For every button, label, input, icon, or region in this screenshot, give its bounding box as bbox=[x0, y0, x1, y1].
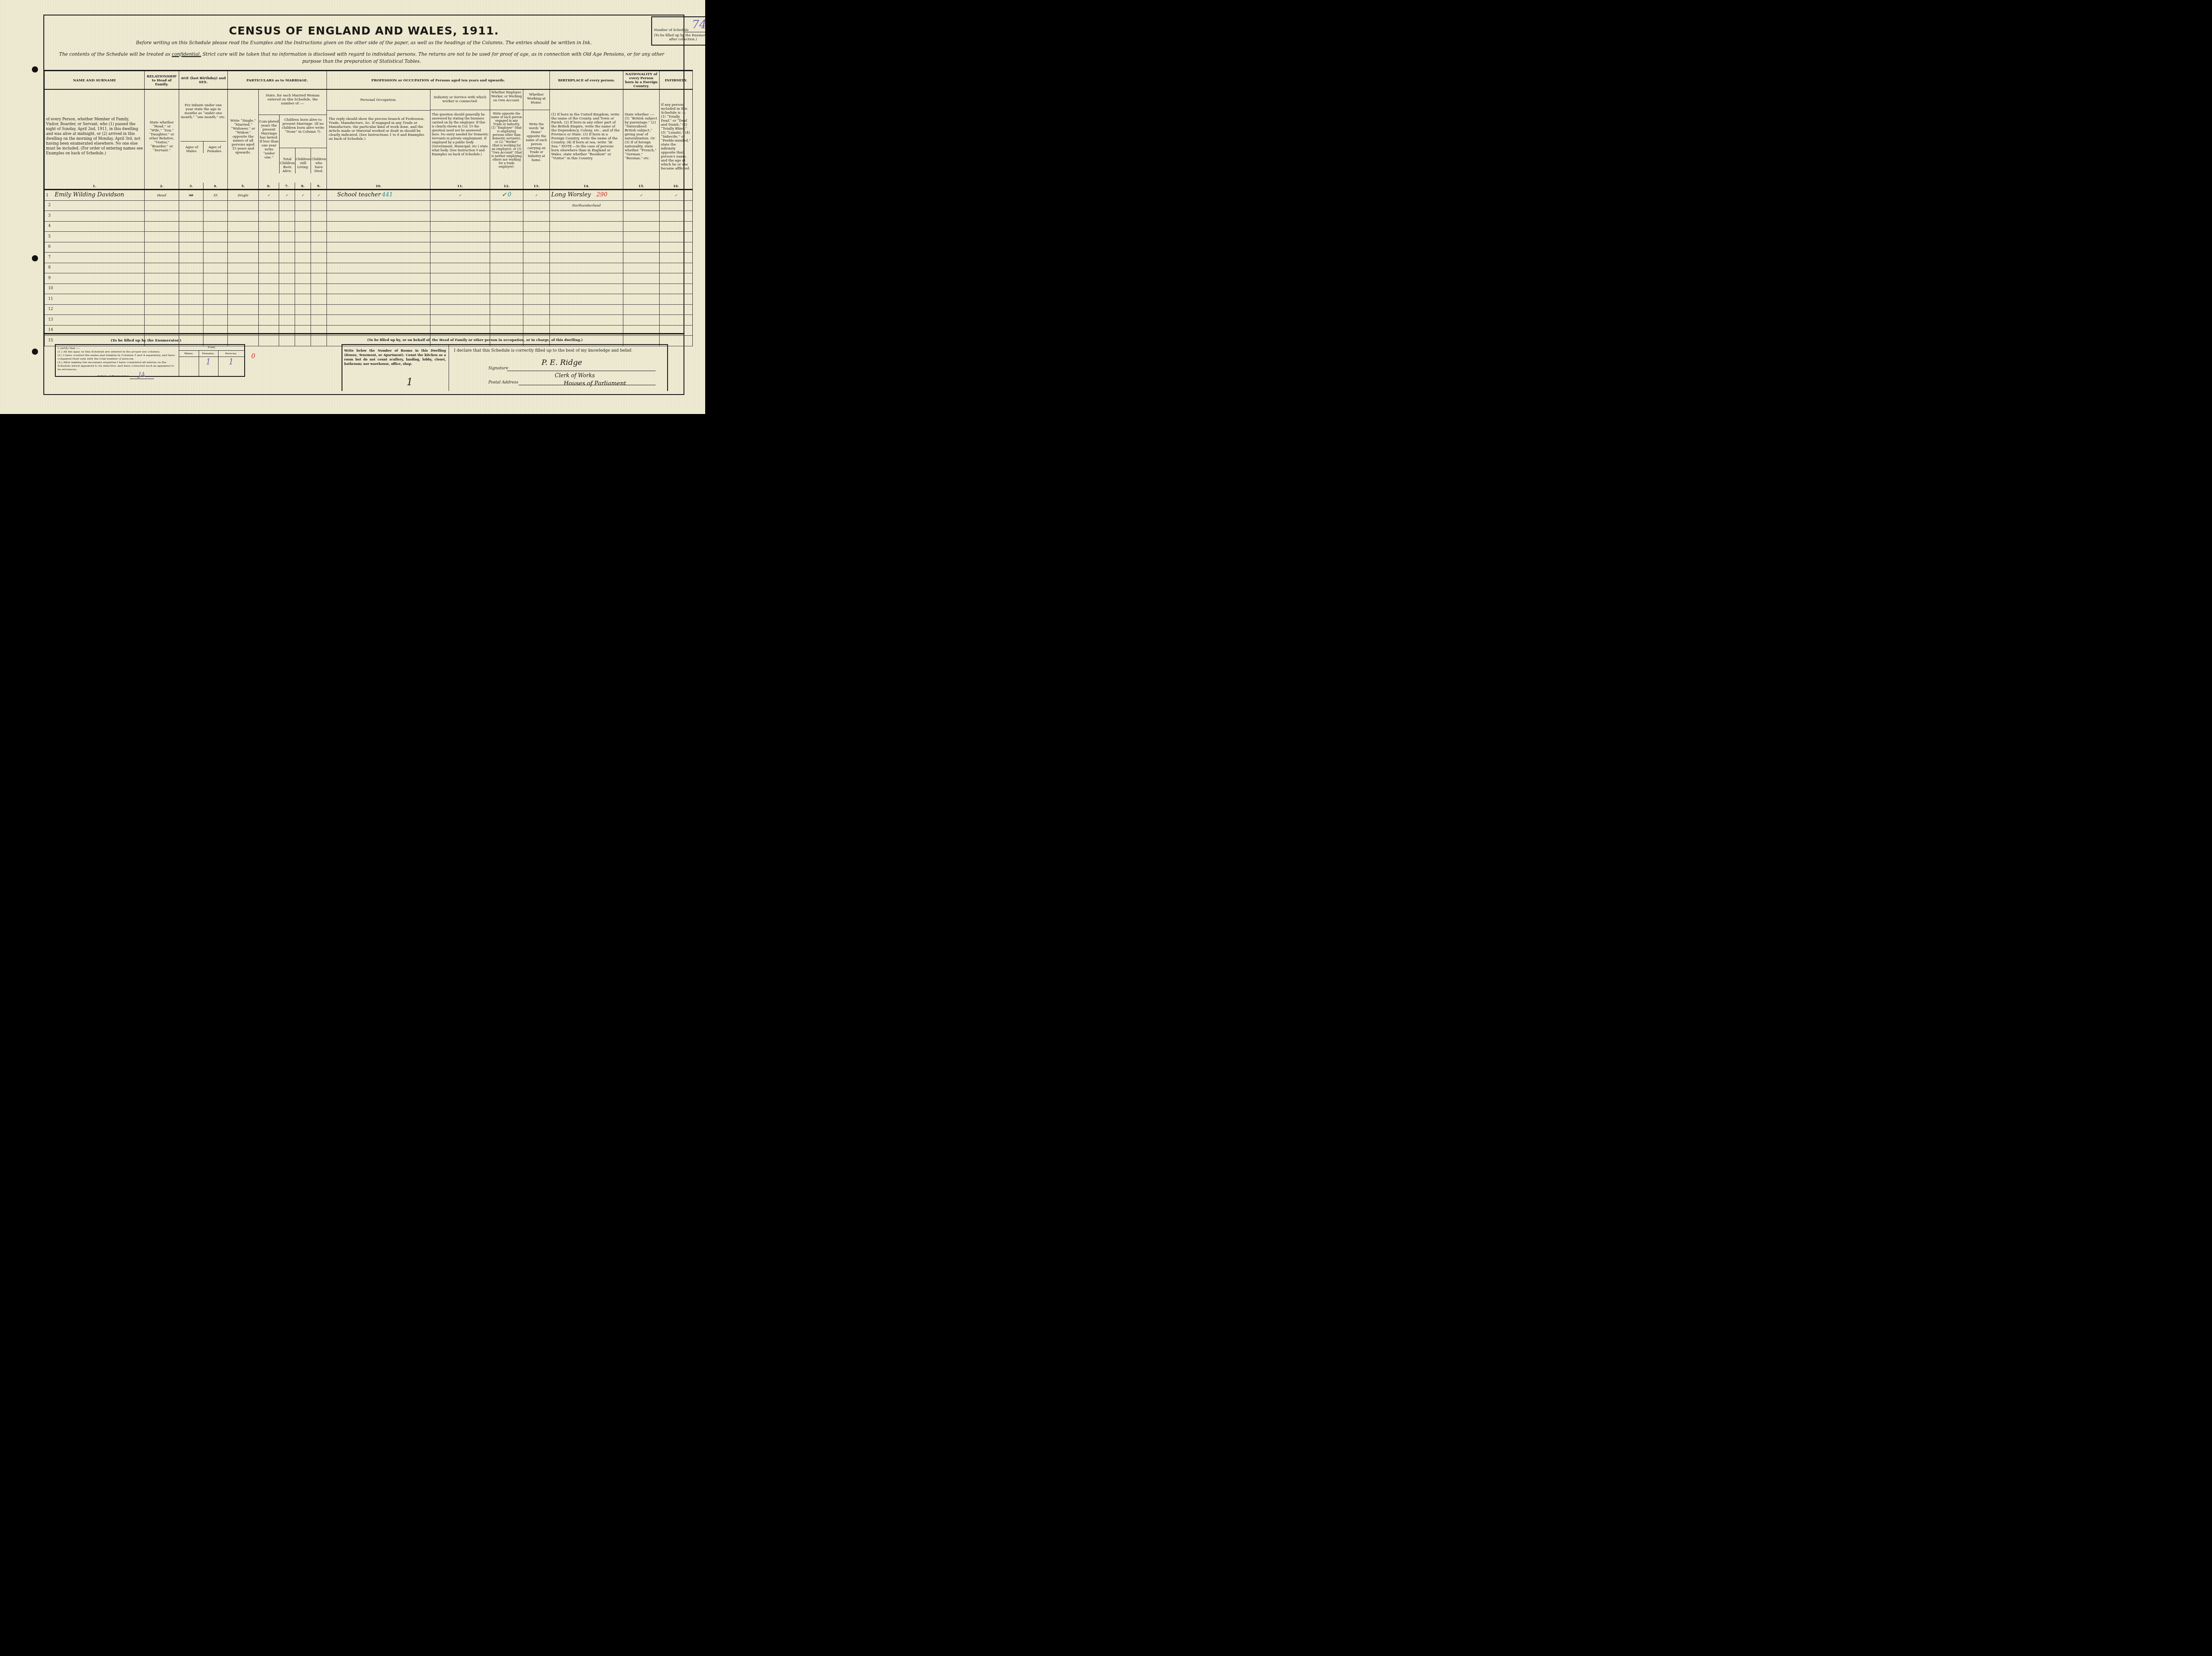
totals: Total. Males. Females.1 Persons.1 bbox=[179, 345, 244, 376]
col-marriage-title: PARTICULARS as to MARRIAGE. bbox=[228, 71, 327, 90]
relationship-cell[interactable]: Head bbox=[145, 190, 179, 201]
table-row: 5 bbox=[45, 232, 693, 242]
nationality-cell[interactable]: ✓ bbox=[623, 190, 660, 201]
enumerator-initials[interactable]: JA bbox=[130, 372, 154, 379]
instructions-line: Before writing on this Schedule please r… bbox=[44, 40, 684, 46]
check-cell[interactable]: ✓ bbox=[279, 190, 295, 201]
table-row: 11 bbox=[45, 294, 693, 305]
col-personal-occupation: Personal Occupation. The reply should sh… bbox=[327, 89, 430, 183]
col-infirmity-desc: If any person included in this Schedule … bbox=[660, 89, 693, 183]
total-males[interactable] bbox=[179, 357, 199, 360]
check-cell[interactable]: ✓ bbox=[311, 190, 327, 201]
check-cell[interactable]: ✓ bbox=[259, 190, 279, 201]
col-married-woman: State, for each Married Woman entered on… bbox=[259, 89, 327, 183]
col-completed-years: Com-pleted years the present Marriage ha… bbox=[259, 115, 280, 173]
col-at-home: Whether Working at Home. Write the words… bbox=[523, 89, 550, 183]
condition-cell[interactable]: Single bbox=[228, 190, 259, 201]
infirmity-cell[interactable]: ✓ bbox=[660, 190, 693, 201]
col-birthplace-title: BIRTHPLACE of every person. bbox=[550, 71, 623, 90]
table-row: 6 bbox=[45, 242, 693, 253]
census-schedule-page: CENSUS OF ENGLAND AND WALES, 1911. Befor… bbox=[0, 0, 705, 414]
col-children-header: Children born alive to present Marriage.… bbox=[280, 115, 326, 148]
table-row: 10 bbox=[45, 284, 693, 294]
table-row: 1Emily Wilding Davidson Head 35 35 Singl… bbox=[45, 190, 693, 201]
confidential-notice: The contents of the Schedule will be tre… bbox=[50, 51, 673, 65]
col-age-males: Ages of Males. bbox=[180, 142, 204, 153]
person-name: Emily Wilding Davidson bbox=[54, 192, 124, 198]
footer-section: (To be filled up by the Enumerator.) I c… bbox=[44, 333, 684, 396]
industry-cell[interactable]: ✓ bbox=[430, 190, 490, 201]
family-heading: (To be filled up by, or on behalf of, th… bbox=[367, 338, 583, 342]
address-line-1[interactable]: Clerk of Works bbox=[555, 372, 595, 379]
col-still-living: Children still Living. bbox=[296, 148, 311, 173]
total-persons[interactable]: 1 bbox=[218, 357, 244, 364]
table-row: 7 bbox=[45, 253, 693, 263]
col-infirmity-title: INFIRMITY. bbox=[660, 71, 693, 90]
birthplace-code: 290 bbox=[596, 192, 607, 198]
table-row: 3 bbox=[45, 211, 693, 222]
schedule-number-box: 74 Number of Schedule (To be filled up b… bbox=[651, 16, 705, 46]
table-row: 4 bbox=[45, 221, 693, 232]
col-relationship-title: RELATIONSHIP to Head of Family. bbox=[145, 71, 179, 90]
col-total-born: Total Children Born Alive. bbox=[280, 148, 296, 173]
col-name-title: NAME AND SURNAME bbox=[45, 71, 145, 90]
col-age-females: Ages of Females. bbox=[204, 142, 226, 153]
check-cell[interactable]: ✓ bbox=[295, 190, 311, 201]
col-nationality-desc: State whether :— (1) “British subject by… bbox=[623, 89, 660, 183]
enumerator-heading: (To be filled up by the Enumerator.) bbox=[111, 338, 181, 342]
column-numbers: 1. 2. 3. 4. 5. 6. 7. 8. 9. 10. 11. 12. 1… bbox=[45, 183, 693, 190]
census-table: NAME AND SURNAME RELATIONSHIP to Head of… bbox=[44, 70, 693, 346]
col-occupation-title: PROFESSION or OCCUPATION of Persons aged… bbox=[327, 71, 550, 90]
col-nationality-title: NATIONALITY of every Person born in a Fo… bbox=[623, 71, 660, 90]
rooms-instructions: Write below the Number of Rooms in this … bbox=[344, 349, 446, 366]
red-check-mark: 0 bbox=[251, 353, 255, 360]
col-condition-desc: Write “Single,” “Married,” “Widower,” or… bbox=[228, 89, 259, 183]
signature-value[interactable]: P. E. Ridge bbox=[541, 358, 582, 367]
address-line-2[interactable]: Houses of Parliament bbox=[564, 380, 626, 387]
form-frame: CENSUS OF ENGLAND AND WALES, 1911. Befor… bbox=[43, 15, 684, 395]
schedule-number[interactable]: 74 bbox=[692, 18, 705, 31]
birthplace-value: Long Worsley bbox=[551, 192, 591, 198]
punch-hole bbox=[32, 349, 38, 355]
punch-hole bbox=[32, 66, 38, 73]
col-employer: Whether Employer, Worker, or Working on … bbox=[490, 89, 523, 183]
home-cell[interactable]: ✓ bbox=[523, 190, 550, 201]
table-row: 8 bbox=[45, 263, 693, 273]
household-box: Write below the Number of Rooms in this … bbox=[342, 344, 668, 391]
age-female-cell[interactable]: 35 bbox=[204, 190, 228, 201]
col-age-desc: For Infants under one year state the age… bbox=[179, 89, 228, 183]
col-name-desc: of every Person, whether Member of Famil… bbox=[45, 89, 145, 183]
employer-code: 0 bbox=[508, 192, 511, 198]
table-row: 2 Northumberland bbox=[45, 200, 693, 211]
col-birthplace-desc: (1) If born in the United Kingdom, write… bbox=[550, 89, 623, 183]
occupation-code: 441 bbox=[382, 192, 393, 198]
col-age-title: AGE (last Birthday) and SEX. bbox=[179, 71, 228, 90]
rooms-count[interactable]: 1 bbox=[407, 377, 413, 388]
confidential-word: confidential. bbox=[172, 52, 201, 57]
age-male-cell[interactable]: 35 bbox=[179, 190, 204, 201]
enumerator-box: I certify that :— (1.) All the ages on t… bbox=[55, 344, 245, 377]
birthplace-county[interactable]: Northumberland bbox=[550, 200, 623, 211]
punch-hole bbox=[32, 255, 38, 261]
table-row: 9 bbox=[45, 273, 693, 284]
table-header: NAME AND SURNAME RELATIONSHIP to Head of… bbox=[45, 71, 693, 90]
occupation-value: School teacher bbox=[337, 192, 381, 198]
certification-text: I certify that :— (1.) All the ages on t… bbox=[58, 347, 177, 378]
declaration-text: I declare that this Schedule is correctl… bbox=[454, 349, 633, 353]
col-relationship-desc: State whether “Head,” or “Wife,” “Son,” … bbox=[145, 89, 179, 183]
table-row: 12 bbox=[45, 304, 693, 315]
col-died: Children who have Died. bbox=[311, 148, 326, 173]
table-row: 13 bbox=[45, 315, 693, 326]
total-females[interactable]: 1 bbox=[199, 357, 218, 364]
table-subheader: of every Person, whether Member of Famil… bbox=[45, 89, 693, 183]
page-title: CENSUS OF ENGLAND AND WALES, 1911. bbox=[44, 24, 684, 37]
col-industry: Industry or Service with which worker is… bbox=[430, 89, 490, 183]
